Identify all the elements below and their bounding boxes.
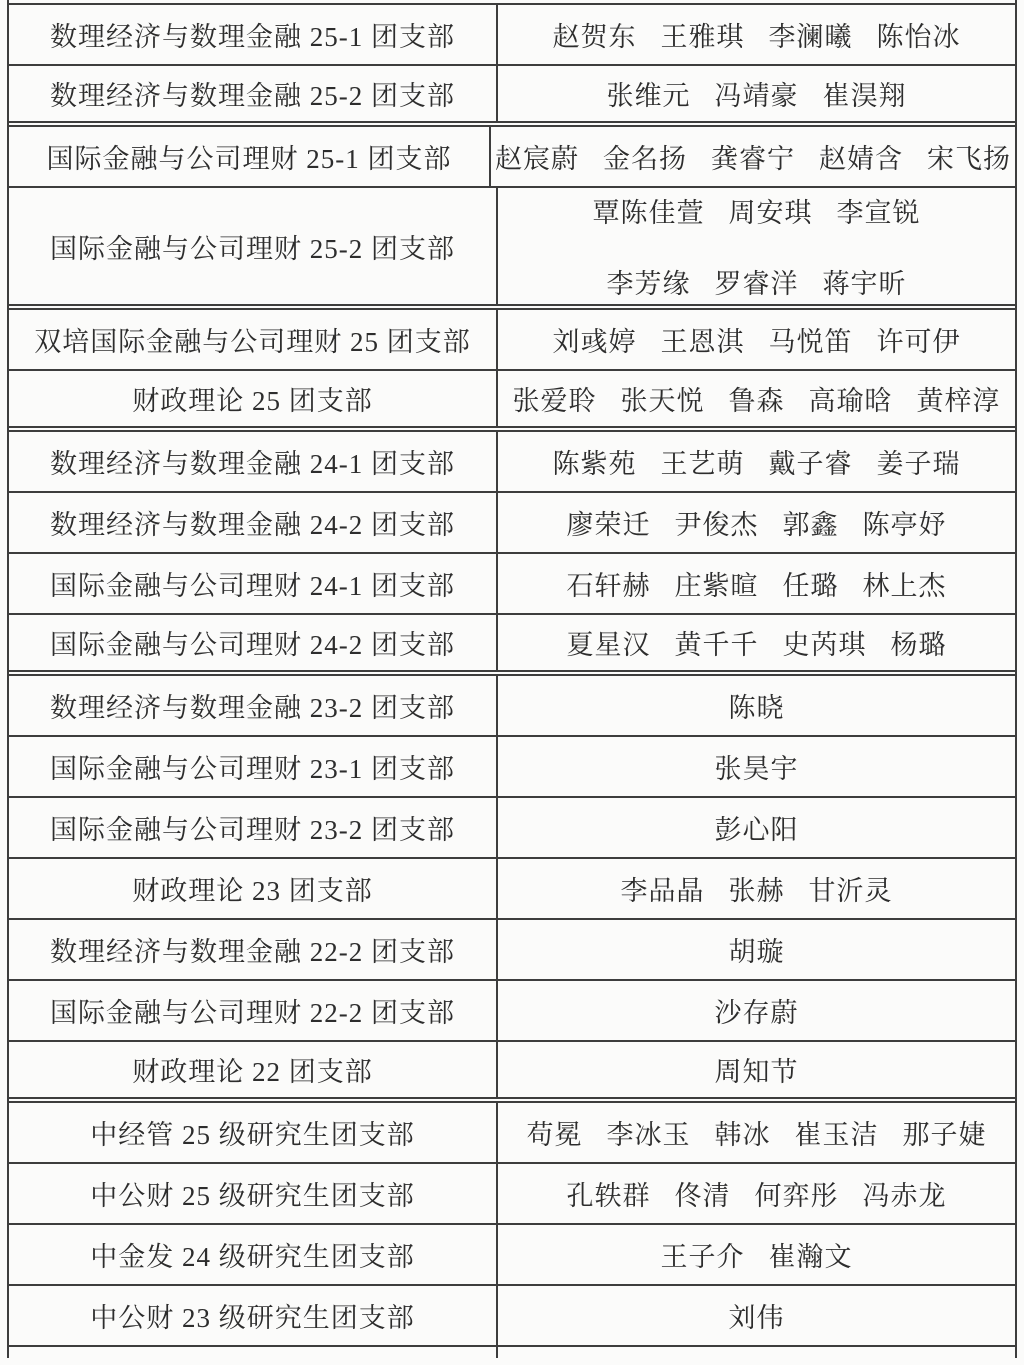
member-name: 杨璐	[890, 623, 946, 662]
table-row: 国际金融与公司理财 23-2 团支部彭心阳	[9, 798, 1015, 859]
member-name: 韩冰	[714, 1113, 770, 1152]
table-row: 国际金融与公司理财 24-1 团支部石轩赫庄紫暄任璐林上杰	[9, 554, 1015, 615]
member-name: 张爱聆	[512, 379, 596, 418]
member-name: 苟冕	[526, 1113, 582, 1152]
branch-cell: 数理经济与数理金融 23-2 团支部	[9, 676, 498, 735]
members-cell: 夏星汉黄千千史芮琪杨璐	[498, 615, 1015, 670]
member-line: 陈晓	[728, 686, 784, 725]
member-name: 金名扬	[603, 137, 687, 176]
table-row: 财政理论 25 团支部张爱聆张天悦鲁森高瑜晗黄梓淳	[9, 371, 1015, 432]
member-name: 冯赤龙	[862, 1174, 946, 1213]
table-row: 国际金融与公司理财 25-1 团支部赵宸蔚金名扬龚睿宁赵婧含宋飞扬	[9, 127, 1015, 188]
member-line: 石轩赫庄紫暄任璐林上杰	[566, 564, 946, 603]
member-name: 陈晓	[728, 686, 784, 725]
branch-cell: 财政理论 22 团支部	[9, 1042, 498, 1097]
members-cell: 陈晓	[498, 676, 1015, 735]
member-name: 陈怡冰	[876, 15, 960, 54]
table-row: 国际金融与公司理财 22-2 团支部沙存蔚	[9, 981, 1015, 1042]
table-row: 数理经济与数理金融 24-2 团支部廖荣迁尹俊杰郭鑫陈亭妤	[9, 493, 1015, 554]
member-name: 崔玉洁	[794, 1113, 878, 1152]
member-line: 李品晶张赫甘沂灵	[620, 869, 892, 908]
member-name: 鲁森	[728, 379, 784, 418]
member-line: 张爱聆张天悦鲁森高瑜晗黄梓淳	[512, 379, 1000, 418]
branch-cell: 国际金融与公司理财 25-1 团支部	[9, 127, 491, 186]
member-line: 赵宸蔚金名扬龚睿宁赵婧含宋飞扬	[495, 137, 1011, 176]
branch-cell: 国际金融与公司理财 25-2 团支部	[9, 188, 498, 304]
table-row: 国际金融与公司理财 23-1 团支部张昊宇	[9, 737, 1015, 798]
members-cell: 刘伟	[498, 1286, 1015, 1345]
members-cell: 刘彧婷王恩淇马悦笛许可伊	[498, 310, 1015, 369]
member-name: 崔淏翔	[822, 74, 906, 113]
member-name: 高瑜晗	[808, 379, 892, 418]
member-line: 廖荣迁尹俊杰郭鑫陈亭妤	[566, 503, 946, 542]
member-line: 张维元冯靖豪崔淏翔	[606, 74, 906, 113]
member-name: 胡璇	[728, 930, 784, 969]
table-row: 双培国际金融与公司理财 25 团支部刘彧婷王恩淇马悦笛许可伊	[9, 310, 1015, 371]
members-cell: 廖荣迁尹俊杰郭鑫陈亭妤	[498, 493, 1015, 552]
member-line: 王子介崔瀚文	[660, 1235, 852, 1274]
branch-cell: 国际金融与公司理财 24-2 团支部	[9, 615, 498, 670]
member-line: 苟冕李冰玉韩冰崔玉洁那子婕	[526, 1113, 986, 1152]
member-line: 胡璇	[728, 930, 784, 969]
table-body: 数理经济与数理金融 25-1 团支部赵贺东王雅琪李澜曦陈怡冰数理经济与数理金融 …	[9, 5, 1015, 1347]
member-name: 佟清	[674, 1174, 730, 1213]
member-name: 李冰玉	[606, 1113, 690, 1152]
branch-cell: 财政理论 23 团支部	[9, 859, 498, 918]
branch-cell: 国际金融与公司理财 23-1 团支部	[9, 737, 498, 796]
member-name: 李澜曦	[768, 15, 852, 54]
member-line: 彭心阳	[714, 808, 798, 847]
members-cell: 王子介崔瀚文	[498, 1225, 1015, 1284]
member-name: 王雅琪	[660, 15, 744, 54]
member-name: 郭鑫	[782, 503, 838, 542]
member-line: 赵贺东王雅琪李澜曦陈怡冰	[552, 15, 960, 54]
member-line: 沙存蔚	[714, 991, 798, 1030]
member-name: 周安琪	[728, 191, 812, 230]
member-name: 罗睿洋	[714, 262, 798, 301]
member-name: 许可伊	[876, 320, 960, 359]
member-name: 张天悦	[620, 379, 704, 418]
branch-cell: 数理经济与数理金融 24-1 团支部	[9, 432, 498, 491]
member-name: 李宣锐	[836, 191, 920, 230]
member-name: 沙存蔚	[714, 991, 798, 1030]
table-row: 中经管 25 级研究生团支部苟冕李冰玉韩冰崔玉洁那子婕	[9, 1103, 1015, 1164]
cutoff-branch-cell	[9, 1347, 498, 1358]
members-cell: 张昊宇	[498, 737, 1015, 796]
branch-cell: 数理经济与数理金融 25-1 团支部	[9, 5, 498, 64]
branch-cell: 中经管 25 级研究生团支部	[9, 1103, 498, 1162]
members-cell: 张维元冯靖豪崔淏翔	[498, 66, 1015, 121]
member-name: 史芮琪	[782, 623, 866, 662]
members-cell: 沙存蔚	[498, 981, 1015, 1040]
member-name: 蒋宇昕	[822, 262, 906, 301]
member-name: 王艺萌	[660, 442, 744, 481]
member-name: 张维元	[606, 74, 690, 113]
branch-cell: 数理经济与数理金融 25-2 团支部	[9, 66, 498, 121]
member-line: 李芳缘罗睿洋蒋宇昕	[606, 262, 906, 301]
member-name: 马悦笛	[768, 320, 852, 359]
member-name: 黄梓淳	[916, 379, 1000, 418]
member-name: 孔轶群	[566, 1174, 650, 1213]
branch-cell: 财政理论 25 团支部	[9, 371, 498, 426]
branch-cell: 国际金融与公司理财 24-1 团支部	[9, 554, 498, 613]
member-name: 赵宸蔚	[495, 137, 579, 176]
branch-cell: 双培国际金融与公司理财 25 团支部	[9, 310, 498, 369]
member-line: 张昊宇	[714, 747, 798, 786]
member-name: 覃陈佳萱	[592, 191, 704, 230]
member-name: 那子婕	[902, 1113, 986, 1152]
table-row: 国际金融与公司理财 25-2 团支部覃陈佳萱周安琪李宣锐李芳缘罗睿洋蒋宇昕	[9, 188, 1015, 310]
member-name: 庄紫暄	[674, 564, 758, 603]
members-cell: 张爱聆张天悦鲁森高瑜晗黄梓淳	[498, 371, 1015, 426]
member-name: 夏星汉	[566, 623, 650, 662]
member-name: 冯靖豪	[714, 74, 798, 113]
member-line: 周知节	[714, 1050, 798, 1089]
member-name: 宋飞扬	[927, 137, 1011, 176]
member-name: 刘彧婷	[552, 320, 636, 359]
member-name: 崔瀚文	[768, 1235, 852, 1274]
member-name: 彭心阳	[714, 808, 798, 847]
member-name: 周知节	[714, 1050, 798, 1089]
branch-cell: 数理经济与数理金融 22-2 团支部	[9, 920, 498, 979]
members-cell: 赵宸蔚金名扬龚睿宁赵婧含宋飞扬	[491, 127, 1015, 186]
members-cell: 赵贺东王雅琪李澜曦陈怡冰	[498, 5, 1015, 64]
members-cell: 覃陈佳萱周安琪李宣锐李芳缘罗睿洋蒋宇昕	[498, 188, 1015, 304]
table-row: 数理经济与数理金融 22-2 团支部胡璇	[9, 920, 1015, 981]
member-name: 林上杰	[862, 564, 946, 603]
member-name: 戴子睿	[768, 442, 852, 481]
member-name: 甘沂灵	[808, 869, 892, 908]
table-row: 数理经济与数理金融 25-2 团支部张维元冯靖豪崔淏翔	[9, 66, 1015, 127]
table-row: 财政理论 22 团支部周知节	[9, 1042, 1015, 1103]
branch-roster-table: 数理经济与数理金融 25-1 团支部赵贺东王雅琪李澜曦陈怡冰数理经济与数理金融 …	[7, 0, 1017, 1358]
member-name: 石轩赫	[566, 564, 650, 603]
member-line: 覃陈佳萱周安琪李宣锐	[592, 191, 920, 230]
members-cell: 苟冕李冰玉韩冰崔玉洁那子婕	[498, 1103, 1015, 1162]
member-name: 陈亭妤	[862, 503, 946, 542]
member-line: 孔轶群佟清何弈彤冯赤龙	[566, 1174, 946, 1213]
member-name: 刘伟	[728, 1296, 784, 1335]
table-row: 中公财 25 级研究生团支部孔轶群佟清何弈彤冯赤龙	[9, 1164, 1015, 1225]
members-cell: 胡璇	[498, 920, 1015, 979]
member-name: 姜子瑞	[876, 442, 960, 481]
table-row: 国际金融与公司理财 24-2 团支部夏星汉黄千千史芮琪杨璐	[9, 615, 1015, 676]
member-line: 陈紫苑王艺萌戴子睿姜子瑞	[552, 442, 960, 481]
table-row: 财政理论 23 团支部李品晶张赫甘沂灵	[9, 859, 1015, 920]
members-cell: 陈紫苑王艺萌戴子睿姜子瑞	[498, 432, 1015, 491]
branch-cell: 国际金融与公司理财 23-2 团支部	[9, 798, 498, 857]
member-name: 张赫	[728, 869, 784, 908]
branch-cell: 中金发 24 级研究生团支部	[9, 1225, 498, 1284]
member-name: 张昊宇	[714, 747, 798, 786]
members-cell: 李品晶张赫甘沂灵	[498, 859, 1015, 918]
member-name: 尹俊杰	[674, 503, 758, 542]
member-line: 刘彧婷王恩淇马悦笛许可伊	[552, 320, 960, 359]
member-name: 何弈彤	[754, 1174, 838, 1213]
member-name: 王子介	[660, 1235, 744, 1274]
member-name: 赵贺东	[552, 15, 636, 54]
members-cell: 石轩赫庄紫暄任璐林上杰	[498, 554, 1015, 613]
member-line: 夏星汉黄千千史芮琪杨璐	[566, 623, 946, 662]
members-cell: 周知节	[498, 1042, 1015, 1097]
branch-cell: 中公财 25 级研究生团支部	[9, 1164, 498, 1223]
member-name: 李芳缘	[606, 262, 690, 301]
member-name: 陈紫苑	[552, 442, 636, 481]
member-name: 任璐	[782, 564, 838, 603]
member-name: 王恩淇	[660, 320, 744, 359]
member-name: 李品晶	[620, 869, 704, 908]
table-row: 中公财 23 级研究生团支部刘伟	[9, 1286, 1015, 1347]
table-row: 中金发 24 级研究生团支部王子介崔瀚文	[9, 1225, 1015, 1286]
member-name: 龚睿宁	[711, 137, 795, 176]
branch-cell: 中公财 23 级研究生团支部	[9, 1286, 498, 1345]
branch-cell: 数理经济与数理金融 24-2 团支部	[9, 493, 498, 552]
member-name: 黄千千	[674, 623, 758, 662]
members-cell: 孔轶群佟清何弈彤冯赤龙	[498, 1164, 1015, 1223]
member-line: 刘伟	[728, 1296, 784, 1335]
branch-cell: 国际金融与公司理财 22-2 团支部	[9, 981, 498, 1040]
cutoff-row-bottom	[9, 1347, 1015, 1358]
member-name: 赵婧含	[819, 137, 903, 176]
member-name: 廖荣迁	[566, 503, 650, 542]
table-row: 数理经济与数理金融 25-1 团支部赵贺东王雅琪李澜曦陈怡冰	[9, 5, 1015, 66]
table-row: 数理经济与数理金融 23-2 团支部陈晓	[9, 676, 1015, 737]
table-row: 数理经济与数理金融 24-1 团支部陈紫苑王艺萌戴子睿姜子瑞	[9, 432, 1015, 493]
members-cell: 彭心阳	[498, 798, 1015, 857]
document-page: 数理经济与数理金融 25-1 团支部赵贺东王雅琪李澜曦陈怡冰数理经济与数理金融 …	[7, 0, 1017, 1358]
